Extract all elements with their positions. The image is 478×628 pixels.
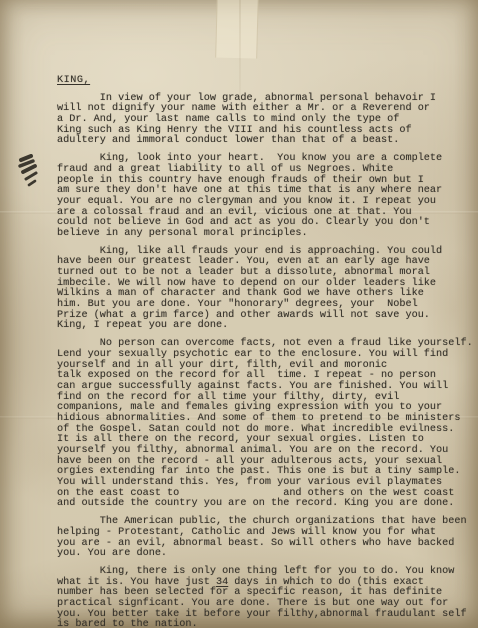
letter-line: is bared to the nation. [57, 620, 473, 628]
paragraph-5: The American public, the church organiza… [57, 517, 473, 560]
paragraph-3: King, like all frauds your end is approa… [57, 247, 473, 333]
letter-line: believe in any personal moral principles… [57, 229, 473, 240]
underlined-days-count: 34 [216, 577, 228, 588]
letter-line: your equal. You are no clergyman and you… [57, 197, 473, 208]
letter-line: can argue successfully against facts. Yo… [57, 382, 473, 393]
ink-smudge-icon [17, 152, 39, 192]
paragraph-6: King, there is only one thing left for y… [57, 567, 473, 628]
tape-mark [215, 0, 259, 59]
paragraph-4: No person can overcome facts, not even a… [57, 339, 473, 510]
paragraph-1: In view of your low grade, abnormal pers… [57, 94, 473, 147]
letter-line: Lend your sexually psychotic ear to the … [57, 350, 473, 361]
letter-body: KING, In view of your low grade, abnorma… [57, 76, 473, 628]
letter-page: KING, In view of your low grade, abnorma… [0, 0, 478, 628]
letter-line: fraud and a great liability to all of us… [57, 165, 473, 176]
line-segment: days in which to do (this exact [228, 577, 424, 588]
letter-line: you. You are done. [57, 549, 473, 560]
letter-line: King, I repeat you are done. [57, 321, 473, 332]
paragraph-2: King, look into your heart. You know you… [57, 154, 473, 240]
salutation: KING, [57, 75, 90, 86]
letter-line: and outside the country you are on the r… [57, 499, 473, 510]
letter-line: helping - Protestant, Catholic and Jews … [57, 528, 473, 539]
letter-line: adultery and immoral conduct lower than … [57, 136, 473, 147]
salutation-line: KING, [57, 76, 473, 87]
line-segment: what it is. You have just [57, 577, 216, 588]
